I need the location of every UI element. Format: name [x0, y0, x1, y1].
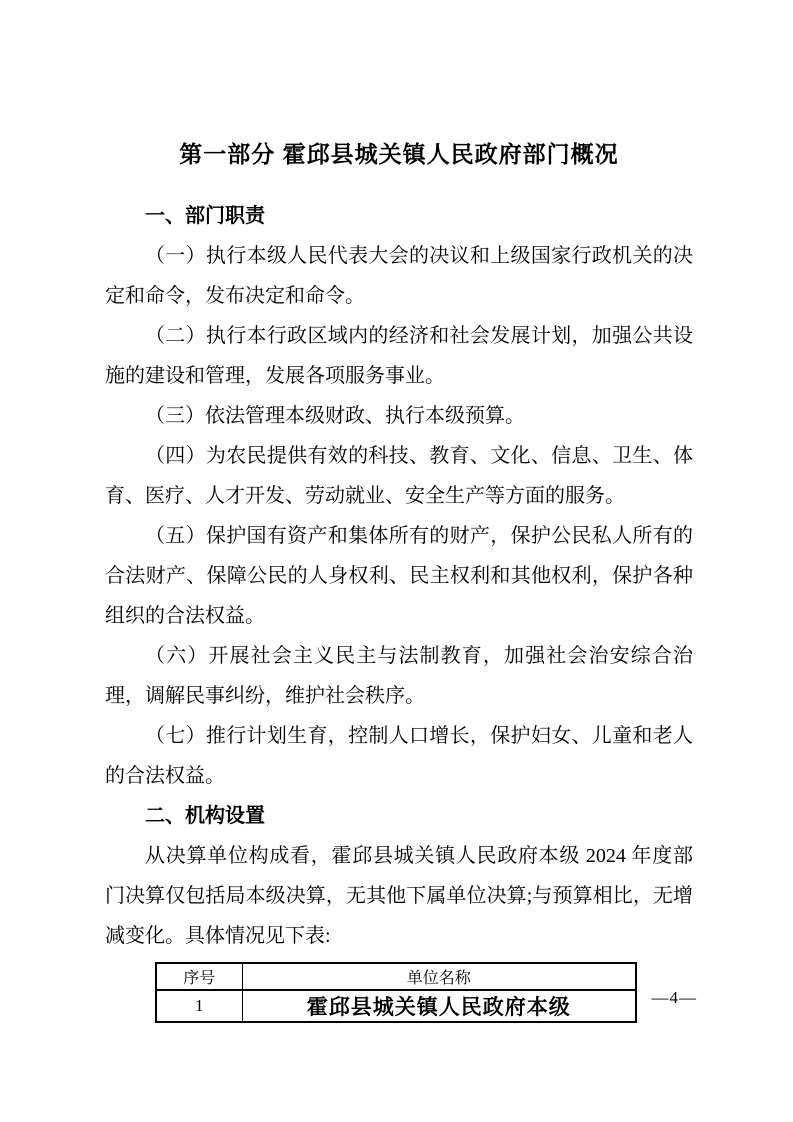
duty-paragraph-7: （七）推行计划生育，控制人口增长，保护妇女、儿童和老人的合法权益。 — [105, 716, 693, 796]
unit-table-header-name: 单位名称 — [242, 963, 636, 990]
unit-table-header-index: 序号 — [156, 963, 242, 990]
page-number: —4— — [652, 988, 698, 1008]
unit-table-header-row: 序号 单位名称 — [156, 963, 636, 990]
unit-row-name: 霍邱县城关镇人民政府本级 — [242, 990, 636, 1022]
unit-row-index: 1 — [156, 990, 242, 1022]
document-title: 第一部分 霍邱县城关镇人民政府部门概况 — [105, 138, 693, 170]
document-page: 第一部分 霍邱县城关镇人民政府部门概况 一、部门职责 （一）执行本级人民代表大会… — [0, 0, 793, 1023]
section-heading-organization: 二、机构设置 — [105, 796, 693, 836]
duty-paragraph-4: （四）为农民提供有效的科技、教育、文化、信息、卫生、体育、医疗、人才开发、劳动就… — [105, 436, 693, 516]
duty-paragraph-6: （六）开展社会主义民主与法制教育，加强社会治安综合治理，调解民事纠纷，维护社会秩… — [105, 636, 693, 716]
table-row: 1 霍邱县城关镇人民政府本级 — [156, 990, 636, 1022]
duty-paragraph-2: （二）执行本行政区域内的经济和社会发展计划，加强公共设施的建设和管理，发展各项服… — [105, 316, 693, 396]
duty-paragraph-5: （五）保护国有资产和集体所有的财产，保护公民私人所有的合法财产、保障公民的人身权… — [105, 516, 693, 636]
section-heading-duties: 一、部门职责 — [105, 196, 693, 236]
duty-paragraph-1: （一）执行本级人民代表大会的决议和上级国家行政机关的决定和命令，发布决定和命令。 — [105, 236, 693, 316]
duty-paragraph-3: （三）依法管理本级财政、执行本级预算。 — [105, 396, 693, 436]
unit-table: 序号 单位名称 1 霍邱县城关镇人民政府本级 — [155, 962, 637, 1023]
organization-paragraph: 从决算单位构成看，霍邱县城关镇人民政府本级 2024 年度部门决算仅包括局本级决… — [105, 836, 693, 956]
